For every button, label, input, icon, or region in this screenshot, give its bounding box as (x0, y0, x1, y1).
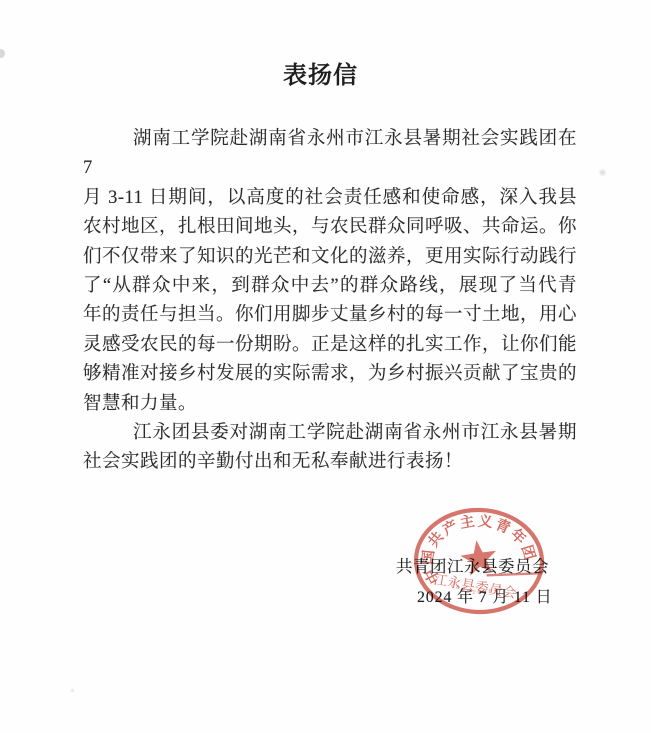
letter-title: 表扬信 (0, 55, 646, 90)
scanned-letter-page: 表扬信 湖南工学院赴湖南省永州市江永县暑期社会实践团在 7月 3-11 日期间，… (0, 0, 651, 733)
body-line: 智慧和力量。 (83, 390, 577, 419)
body-line: 了“从群众中来，到群众中去”的群众路线，展现了当代青 (83, 272, 577, 301)
body-line: 湖南工学院赴湖南省永州市江永县暑期社会实践团在 7 (83, 125, 577, 184)
body-line: 够精准对接乡村发展的实际需求，为乡村振兴贡献了宝贵的 (83, 360, 577, 389)
body-line: 江永团县委对湖南工学院赴湖南省永州市江永县暑期 (83, 419, 577, 448)
seal-graphic: 中国共产主义青年团 江永县委员会 2006132641 (410, 505, 548, 618)
body-line: 月 3-11 日期间，以高度的社会责任感和使命感，深入我县 (83, 184, 577, 213)
scan-artifact-speck (70, 688, 75, 693)
body-line: 社会实践团的辛勤付出和无私奉献进行表扬！ (83, 448, 577, 477)
body-line: 农村地区，扎根田间地头，与农民群众同呼吸、共命运。你 (83, 213, 577, 242)
body-line: 灵感受农民的每一份期盼。正是这样的扎实工作，让你们能 (83, 331, 577, 360)
scan-artifact-speck (598, 168, 607, 177)
star-icon (460, 540, 497, 577)
seal-inner-text: 江永县委员会 (433, 572, 518, 601)
seal-artifact-line (487, 571, 543, 577)
body-line: 年的责任与担当。你们用脚步丈量乡村的每一寸土地，用心 (83, 301, 577, 330)
body-line: 们不仅带来了知识的光芒和文化的滋养，更用实际行动践行 (83, 243, 577, 272)
official-seal: 中国共产主义青年团 江永县委员会 2006132641 (410, 505, 548, 618)
letter-body: 湖南工学院赴湖南省永州市江永县暑期社会实践团在 7月 3-11 日期间，以高度的… (83, 125, 577, 478)
